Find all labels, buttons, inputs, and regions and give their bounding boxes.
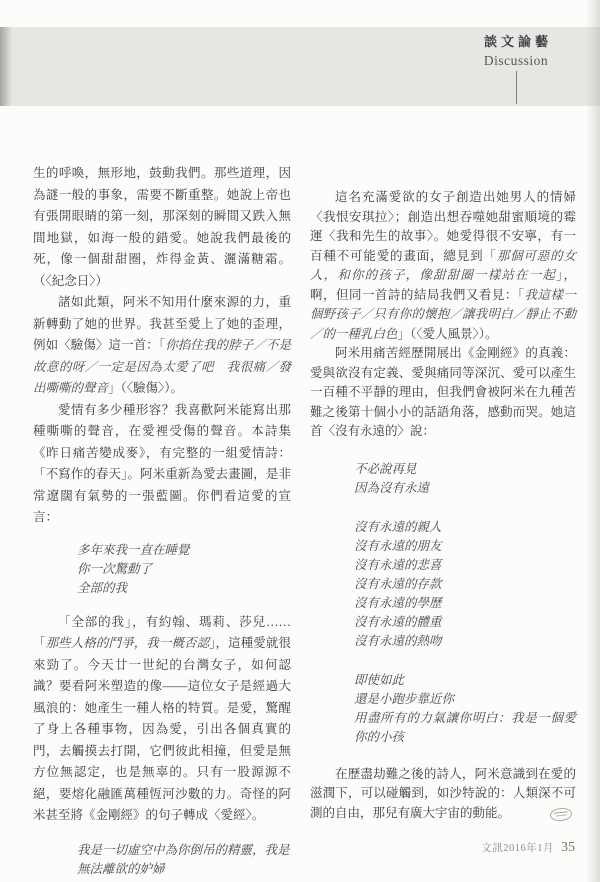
inline-verse-quote: 那些人格的鬥爭，我一概否認	[46, 636, 210, 650]
paragraph: 「全部的我」，有約翰、瑪莉、莎兒……「那些人格的鬥爭，我一概否認」，這種愛就很來…	[33, 612, 291, 827]
article-end-mark-icon	[549, 807, 572, 822]
closing-verse-quote: 我是一切虛空中為你倒吊的精靈，我是無法離欲的妒婦	[77, 841, 291, 879]
text-run: 生的呼喚，無形地，鼓動我們。那些道理，因為謎一般的事象，需要不斷重整。她說上帝也…	[33, 166, 291, 288]
page-footer: 文訊2016年1月 35	[481, 840, 575, 856]
poem-line: 全部的我	[77, 579, 291, 598]
header-vertical-rule	[516, 71, 517, 104]
section-title-chinese: 談文論藝	[453, 31, 579, 50]
text-run: 」（〈驗傷〉）。	[108, 381, 183, 395]
poem-line: 我是一切虛空中為你倒吊的精靈，我是無法離欲的妒婦	[77, 843, 290, 876]
text-run: 愛情有多少種形容？我喜歡阿米能寫出那種嘶嘶的聲音，在愛裡受傷的聲音。本詩集《昨日…	[33, 403, 291, 525]
scan-edge-shadow	[586, 0, 600, 882]
poem-line: 因為沒有永遠	[354, 479, 576, 498]
text-run: 」（〈愛人風景〉）。	[398, 327, 498, 341]
paragraph: 愛情有多少種形容？我喜歡阿米能寫出那種嘶嘶的聲音，在愛裡受傷的聲音。本詩集《昨日…	[33, 400, 291, 529]
poem-line: 沒有永遠的悲喜	[354, 556, 576, 575]
paragraph: 這名充滿愛欲的女子創造出她男人的情婦〈我恨安琪拉〉；創造出想吞噬她甜蜜順境的霉運…	[310, 188, 576, 344]
text-run: 」，這種愛就很來勁了。今天廿一世紀的台灣女子，如何認識？要看阿米塑造的像——這位…	[33, 636, 291, 822]
poem-line: 沒有永遠的體重	[354, 613, 576, 632]
section-title-english: Discussion	[453, 53, 579, 69]
poem-excerpt: 多年來我一直在睡覺 你一次驚動了 全部的我	[77, 541, 291, 598]
poem-line: 沒有永遠的熱吻	[354, 632, 576, 651]
poem-line: 還是小跑步靠近你	[354, 690, 576, 709]
poem-line: 沒有永遠的朋友	[354, 537, 576, 556]
poem-line: 即使如此	[354, 671, 576, 690]
poem-stanza: 沒有永遠的親人 沒有永遠的朋友 沒有永遠的悲喜 沒有永遠的存款 沒有永遠的學歷 …	[354, 518, 576, 651]
poem-line: 用盡所有的力氣讓你明白：我是一個愛你的小孩	[354, 709, 576, 747]
right-column: 這名充滿愛欲的女子創造出她男人的情婦〈我恨安琪拉〉；創造出想吞噬她甜蜜順境的霉運…	[310, 188, 576, 823]
left-column: 生的呼喚，無形地，鼓動我們。那些道理，因為謎一般的事象，需要不斷重整。她說上帝也…	[33, 163, 291, 879]
poem-line: 不必說再見	[354, 460, 576, 479]
poem-stanza: 即使如此 還是小跑步靠近你 用盡所有的力氣讓你明白：我是一個愛你的小孩	[354, 671, 576, 747]
poem-line: 沒有永遠的親人	[354, 518, 576, 537]
journal-issue: 文訊2016年1月	[481, 840, 554, 855]
text-run: 阿米用痛苦經歷開展出《金剛經》的真義：愛與欲沒有定義、愛與痛同等深沉、愛可以產生…	[310, 346, 576, 438]
paragraph: 生的呼喚，無形地，鼓動我們。那些道理，因為謎一般的事象，需要不斷重整。她說上帝也…	[33, 163, 291, 292]
poem-stanza: 不必說再見 因為沒有永遠	[354, 460, 576, 498]
paragraph: 諸如此類，阿米不知用什麼來源的力，重新轉動了她的世界。我甚至愛上了她的歪理，例如…	[33, 292, 291, 400]
poem-line: 你一次驚動了	[77, 560, 291, 579]
section-header: 談文論藝 Discussion	[453, 31, 579, 69]
magazine-page: 談文論藝 Discussion 生的呼喚，無形地，鼓動我們。那些道理，因為謎一般…	[0, 0, 600, 882]
text-run: 在歷盡劫難之後的詩人，阿米意識到在愛的滋潤下，可以碰觸到，如沙特說的：人類深不可…	[310, 767, 576, 820]
paragraph: 阿米用痛苦經歷開展出《金剛經》的真義：愛與欲沒有定義、愛與痛同等深沉、愛可以產生…	[310, 344, 576, 442]
poem-line: 沒有永遠的存款	[354, 575, 576, 594]
paragraph: 在歷盡劫難之後的詩人，阿米意識到在愛的滋潤下，可以碰觸到，如沙特說的：人類深不可…	[310, 765, 576, 824]
poem-line: 沒有永遠的學歷	[354, 594, 576, 613]
poem-excerpt: 不必說再見 因為沒有永遠 沒有永遠的親人 沒有永遠的朋友 沒有永遠的悲喜 沒有永…	[354, 460, 576, 747]
poem-line: 多年來我一直在睡覺	[77, 541, 291, 560]
page-number: 35	[561, 840, 575, 856]
